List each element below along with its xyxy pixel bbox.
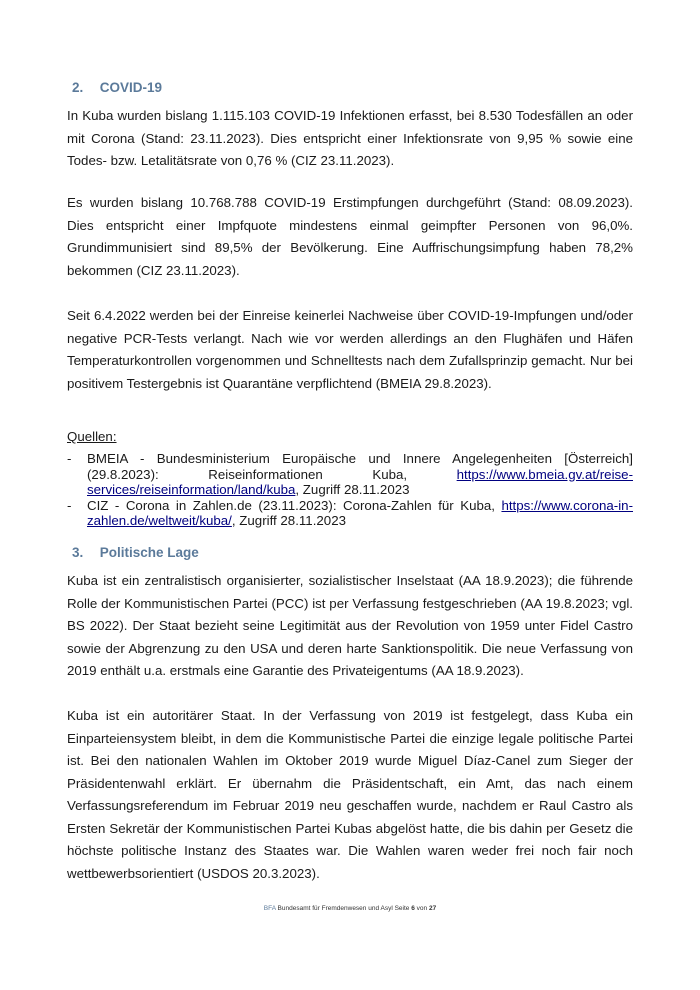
source-access-date: , Zugriff 28.11.2023 bbox=[232, 513, 346, 528]
section-title: Politische Lage bbox=[100, 545, 199, 560]
source-access-date: , Zugriff 28.11.2023 bbox=[295, 482, 409, 497]
footer-brand: BFA bbox=[264, 905, 276, 912]
section-heading-covid: 2. COVID-19 bbox=[72, 80, 162, 95]
sources-list: -BMEIA - Bundesministerium Europäische u… bbox=[67, 451, 633, 529]
source-item-bmeia: -BMEIA - Bundesministerium Europäische u… bbox=[67, 451, 633, 498]
page-footer: BFA Bundesamt für Fremdenwesen und Asyl … bbox=[0, 905, 700, 912]
section-number: 2. bbox=[72, 80, 96, 95]
paragraph-covid-entry-rules: Seit 6.4.2022 werden bei der Einreise ke… bbox=[67, 305, 633, 395]
footer-text: Bundesamt für Fremdenwesen und Asyl Seit… bbox=[276, 905, 412, 912]
sources-title: Quellen: bbox=[67, 429, 117, 444]
paragraph-politics-authoritarian: Kuba ist ein autoritärer Staat. In der V… bbox=[67, 705, 633, 885]
paragraph-covid-vaccinations: Es wurden bislang 10.768.788 COVID-19 Er… bbox=[67, 192, 633, 282]
source-text: CIZ - Corona in Zahlen.de (23.11.2023): … bbox=[87, 498, 501, 513]
paragraph-covid-infections: In Kuba wurden bislang 1.115.103 COVID-1… bbox=[67, 105, 633, 173]
section-title: COVID-19 bbox=[100, 80, 162, 95]
page-total: 27 bbox=[429, 905, 436, 912]
paragraph-politics-overview: Kuba ist ein zentralistisch organisierte… bbox=[67, 570, 633, 683]
section-heading-politics: 3. Politische Lage bbox=[72, 545, 199, 560]
footer-of: von bbox=[415, 905, 429, 912]
section-number: 3. bbox=[72, 545, 96, 560]
list-dash: - bbox=[67, 498, 71, 514]
source-item-ciz: -CIZ - Corona in Zahlen.de (23.11.2023):… bbox=[67, 498, 633, 529]
list-dash: - bbox=[67, 451, 71, 467]
